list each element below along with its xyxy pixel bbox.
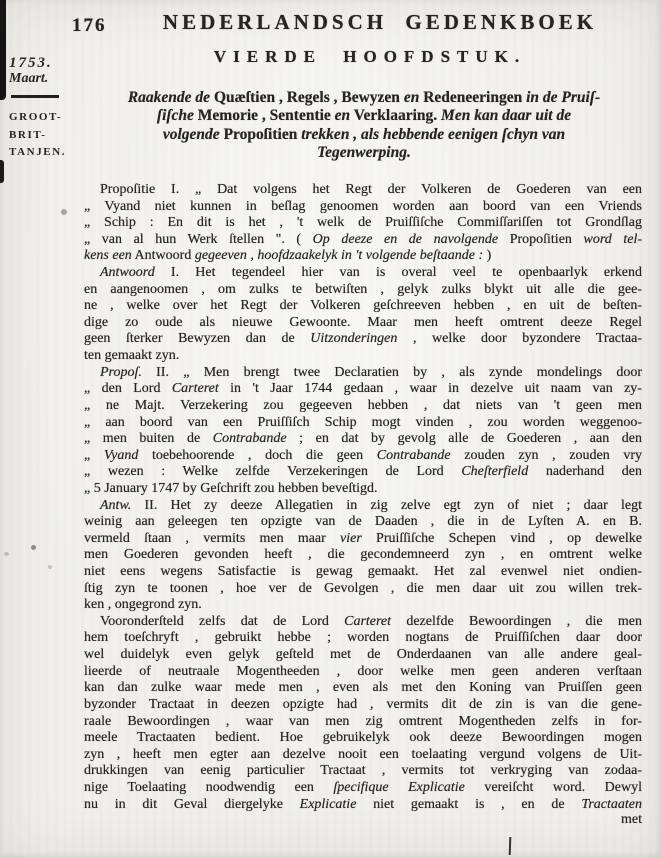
text-segment: in 't Jaar 1744 gedaan , waar in dezelve… bbox=[219, 381, 642, 396]
text-segment: „ bbox=[84, 448, 104, 463]
text-line: ſtig zyn te toonen , hoe ver de Gevolgen… bbox=[84, 581, 642, 598]
text-segment: vereiſcht word. Dewyl bbox=[465, 780, 642, 795]
text-segment: Pruiſſiſche Schepen vind , op dewelke bbox=[362, 531, 642, 546]
text-line: „ den Lord Carteret in 't Jaar 1744 geda… bbox=[84, 381, 642, 398]
body-text: Propoſitie I. „ Dat volgens het Regt der… bbox=[84, 182, 642, 813]
italic-text-segment: kens een bbox=[84, 248, 132, 263]
text-line: byzonder Tractaat in deezen opzigte had … bbox=[84, 697, 642, 714]
italic-text-segment: volgende bbox=[163, 126, 220, 143]
scan-artifact-edge-strip bbox=[0, 0, 6, 100]
text-segment: Vooronderſteld zelfs dat de Lord bbox=[100, 614, 344, 629]
text-line: „ men buiten de Contrabande ; en dat by … bbox=[84, 431, 642, 448]
italic-text-segment: Cheſterfield bbox=[461, 464, 528, 479]
italic-text-segment: Vyand bbox=[104, 448, 138, 463]
text-segment: niet gemaakt is , en de bbox=[356, 797, 581, 812]
text-segment: „ men buiten de bbox=[84, 431, 213, 446]
text-line: Vooronderſteld zelfs dat de Lord Cartere… bbox=[84, 614, 642, 631]
text-segment: hem toeſchryft , gebruikt hebbe ; worden… bbox=[84, 630, 642, 645]
text-line: hem toeſchryft , gebruikt hebbe ; worden… bbox=[84, 630, 642, 647]
scan-speck bbox=[48, 565, 52, 569]
text-line: „ Vyand toebehoorende , doch die geen Co… bbox=[84, 448, 642, 465]
italic-text-segment: Men kan daar uit de bbox=[441, 107, 571, 124]
text-line: lieerde of neutraale Mogentheeden , door… bbox=[84, 664, 642, 681]
text-segment: ken , ongegrond zyn. bbox=[84, 597, 202, 612]
margin-notes: 1753. Maart. GROOT- BRIT- TANJEN. bbox=[9, 55, 75, 162]
text-line: „ wezen : Welke zelfde Verzekeringen de … bbox=[84, 464, 642, 481]
text-segment: ; en dat by gevolg alle de Goederen , aa… bbox=[287, 431, 642, 446]
text-line: kens een Antwoord gegeeven , hoofdzaakel… bbox=[84, 248, 642, 265]
text-segment: Propoſitie I. „ Dat volgens het Regt der… bbox=[100, 182, 642, 197]
text-line: nige Toelaating noodwendig een ſpecifiqu… bbox=[84, 780, 642, 797]
italic-text-segment: trekken , als hebbende eenigen ſchyn van bbox=[301, 126, 565, 143]
text-line: zyn , heeft men egter aan dezelve nooit … bbox=[84, 747, 642, 764]
italic-text-segment: Antwoord bbox=[100, 265, 155, 280]
margin-region-line: BRIT- bbox=[9, 127, 75, 145]
book-title: NEDERLANDSCH GEDENKBOEK bbox=[150, 10, 610, 35]
page-number: 176 bbox=[72, 15, 107, 37]
text-segment: Memorie , Sententie bbox=[194, 107, 335, 124]
text-segment: raale Bewoordingen , waar van men zig om… bbox=[84, 714, 642, 729]
scan-speck bbox=[61, 209, 67, 215]
text-segment: „ wezen : Welke zelfde Verzekeringen de … bbox=[84, 464, 461, 479]
text-line: geen ſterker Bewyzen dan de Uitzondering… bbox=[84, 331, 642, 348]
text-segment: Antwoord bbox=[132, 248, 195, 263]
text-line: Tegenwerping. bbox=[86, 144, 642, 162]
italic-text-segment: word tel- bbox=[584, 232, 643, 247]
text-segment: Propoſitien bbox=[498, 232, 583, 247]
text-line: Antwoord I. Het tegendeel hier van is ov… bbox=[84, 265, 642, 282]
italic-text-segment: ſiſche bbox=[157, 107, 194, 124]
scan-speck bbox=[31, 545, 36, 550]
italic-text-segment: Contrabande bbox=[377, 448, 451, 463]
scanned-book-page: 176 NEDERLANDSCH GEDENKBOEK VIERDE HOOFD… bbox=[0, 0, 662, 858]
italic-text-segment: gegeeven , hoofdzaakelyk in 't volgende … bbox=[195, 248, 483, 263]
text-line: weinig aan geleegen ten opzigte van de D… bbox=[84, 514, 642, 531]
margin-region-line: TANJEN. bbox=[9, 144, 75, 162]
text-segment: men Goederen gevonden heeft , die gecond… bbox=[84, 547, 642, 562]
text-line: en aangenoomen , om zulks te betwiſten ,… bbox=[84, 282, 642, 299]
italic-text-segment: Antw. bbox=[100, 498, 131, 513]
text-segment: „ 5 January 1747 by Geſchrift zou hebben… bbox=[84, 481, 378, 496]
scan-speck bbox=[4, 552, 9, 556]
italic-text-segment: Op deeze en de navolgende bbox=[313, 232, 498, 247]
text-line: ken , ongegrond zyn. bbox=[84, 597, 642, 614]
text-segment: en aangenoomen , om zulks te betwiſten ,… bbox=[84, 282, 642, 297]
text-segment: Propoſitien bbox=[220, 126, 302, 143]
italic-text-segment: Carteret bbox=[344, 614, 391, 629]
text-segment: , welke door byzondere Tractaa- bbox=[397, 331, 642, 346]
catchword: met bbox=[84, 812, 642, 828]
text-line: kan dan zulke waar mede men , even als m… bbox=[84, 680, 642, 697]
text-segment: vermeld ſtaan , vermits men maar bbox=[84, 531, 340, 546]
text-line: vermeld ſtaan , vermits men maar vier Pr… bbox=[84, 531, 642, 548]
text-line: „ 5 January 1747 by Geſchrift zou hebben… bbox=[84, 481, 642, 498]
text-segment: niet eens wegens Satisfactie is gewag ge… bbox=[84, 564, 642, 579]
text-line: meele Tractaaten bedient. Hoe gebruikely… bbox=[84, 730, 642, 747]
italic-text-segment: en bbox=[404, 89, 420, 106]
italic-text-segment: Tegenwerping. bbox=[317, 144, 411, 161]
margin-divider-rule bbox=[11, 95, 59, 98]
italic-text-segment: Carteret bbox=[172, 381, 219, 396]
text-segment: zouden zyn , zouden vry bbox=[451, 448, 642, 463]
text-line: niet eens wegens Satisfactie is gewag ge… bbox=[84, 564, 642, 581]
text-segment: Verklaaring. bbox=[350, 107, 441, 124]
italic-text-segment: in de Pruiſ- bbox=[526, 89, 600, 106]
margin-region-label: GROOT- BRIT- TANJEN. bbox=[9, 109, 75, 162]
text-segment: zyn , heeft men egter aan dezelve nooit … bbox=[84, 747, 642, 762]
text-segment: II. „ Men brengt twee Declaratien by , a… bbox=[142, 365, 642, 380]
text-segment: ne , welke over het Regt der Volkeren ge… bbox=[84, 298, 642, 313]
text-segment: drukkingen van eenig particulier Tractaa… bbox=[84, 763, 642, 778]
text-segment: „ van al hun Werk ſtellen ". ( bbox=[84, 232, 313, 247]
text-line: drukkingen van eenig particulier Tractaa… bbox=[84, 763, 642, 780]
text-segment: Quæſtien , Regels , Bewyzen bbox=[210, 89, 404, 106]
text-segment: dige zo oude als nieuwe Gewoonte. Maar m… bbox=[84, 315, 642, 330]
text-segment: „ den Lord bbox=[84, 381, 172, 396]
chapter-title: VIERDE HOOFDSTUK. bbox=[130, 47, 610, 67]
text-line: ten gemaakt zyn. bbox=[84, 348, 642, 365]
text-line: wel duidelyk even gelyk geſteld met de O… bbox=[84, 647, 642, 664]
text-segment: lieerde of neutraale Mogentheeden , door… bbox=[84, 664, 642, 679]
text-segment: meele Tractaaten bedient. Hoe gebruikely… bbox=[84, 730, 642, 745]
text-line: raale Bewoordingen , waar van men zig om… bbox=[84, 714, 642, 731]
text-segment: „ Vyand niet kunnen in beſlag genoomen w… bbox=[84, 199, 642, 214]
text-segment: kan dan zulke waar mede men , even als m… bbox=[84, 680, 642, 695]
text-line: „ aan boord van een Pruiſſiſch Schip mog… bbox=[84, 415, 642, 432]
italic-text-segment: Contrabande bbox=[213, 431, 287, 446]
text-segment: geen ſterker Bewyzen dan de bbox=[84, 331, 310, 346]
italic-text-segment: Propoſ. bbox=[100, 365, 142, 380]
text-segment: I. Het tegendeel hier van is overal veel… bbox=[155, 265, 642, 280]
text-line: Antw. II. Het zy deeze Allegatien in zig… bbox=[84, 498, 642, 515]
text-line: „ van al hun Werk ſtellen ". ( Op deeze … bbox=[84, 232, 642, 249]
press-figure-mark bbox=[509, 837, 512, 855]
text-line: „ ne Majt. Verzekering zou gegeeven hebb… bbox=[84, 398, 642, 415]
text-segment: „ aan boord van een Pruiſſiſch Schip mog… bbox=[84, 415, 642, 430]
text-segment: naderhand den bbox=[528, 464, 642, 479]
text-line: ſiſche Memorie , Sententie en Verklaarin… bbox=[86, 107, 642, 125]
text-segment: dezelfde Bewoordingen , die men bbox=[391, 614, 642, 629]
italic-text-segment: Tractaaten bbox=[581, 797, 642, 812]
margin-year: 1753. bbox=[9, 55, 75, 71]
text-line: „ Vyand niet kunnen in beſlag genoomen w… bbox=[84, 199, 642, 216]
text-segment: Redeneeringen bbox=[419, 89, 526, 106]
text-line: nu in dit Geval diergelyke Explicatie ni… bbox=[84, 797, 642, 814]
margin-region-line: GROOT- bbox=[9, 109, 75, 127]
italic-text-segment: ſpecifique Explicatie bbox=[333, 780, 464, 795]
text-segment: „ ne Majt. Verzekering zou gegeeven hebb… bbox=[84, 398, 642, 413]
text-segment: ſtig zyn te toonen , hoe ver de Gevolgen… bbox=[84, 581, 642, 596]
chapter-summary: Raakende de Quæſtien , Regels , Bewyzen … bbox=[86, 89, 642, 162]
italic-text-segment: Uitzonderingen bbox=[310, 331, 397, 346]
text-segment: ) bbox=[483, 248, 491, 263]
text-segment: byzonder Tractaat in deezen opzigte had … bbox=[84, 697, 642, 712]
text-line: volgende Propoſitien trekken , als hebbe… bbox=[86, 126, 642, 144]
text-segment: wel duidelyk even gelyk geſteld met de O… bbox=[84, 647, 642, 662]
text-segment: ten gemaakt zyn. bbox=[84, 348, 179, 363]
text-segment: toebehoorende , doch die geen bbox=[138, 448, 376, 463]
italic-text-segment: en bbox=[335, 107, 351, 124]
italic-text-segment: Raakende de bbox=[128, 89, 210, 106]
text-line: dige zo oude als nieuwe Gewoonte. Maar m… bbox=[84, 315, 642, 332]
text-line: Raakende de Quæſtien , Regels , Bewyzen … bbox=[86, 89, 642, 107]
italic-text-segment: vier bbox=[340, 531, 362, 546]
text-line: „ Schip : En dit is het , 't welk de Pru… bbox=[84, 215, 642, 232]
text-line: men Goederen gevonden heeft , die gecond… bbox=[84, 547, 642, 564]
scan-artifact-edge-blob bbox=[0, 160, 4, 183]
text-line: Propoſitie I. „ Dat volgens het Regt der… bbox=[84, 182, 642, 199]
text-segment: „ Schip : En dit is het , 't welk de Pru… bbox=[84, 215, 642, 230]
text-segment: nige Toelaating noodwendig een bbox=[84, 780, 333, 795]
text-line: ne , welke over het Regt der Volkeren ge… bbox=[84, 298, 642, 315]
text-segment: II. Het zy deeze Allegatien in zig zelve… bbox=[131, 498, 642, 513]
margin-month: Maart. bbox=[9, 71, 75, 86]
italic-text-segment: Explicatie bbox=[300, 797, 357, 812]
text-segment: weinig aan geleegen ten opzigte van de D… bbox=[84, 514, 642, 529]
text-line: Propoſ. II. „ Men brengt twee Declaratie… bbox=[84, 365, 642, 382]
text-segment: nu in dit Geval diergelyke bbox=[84, 797, 300, 812]
